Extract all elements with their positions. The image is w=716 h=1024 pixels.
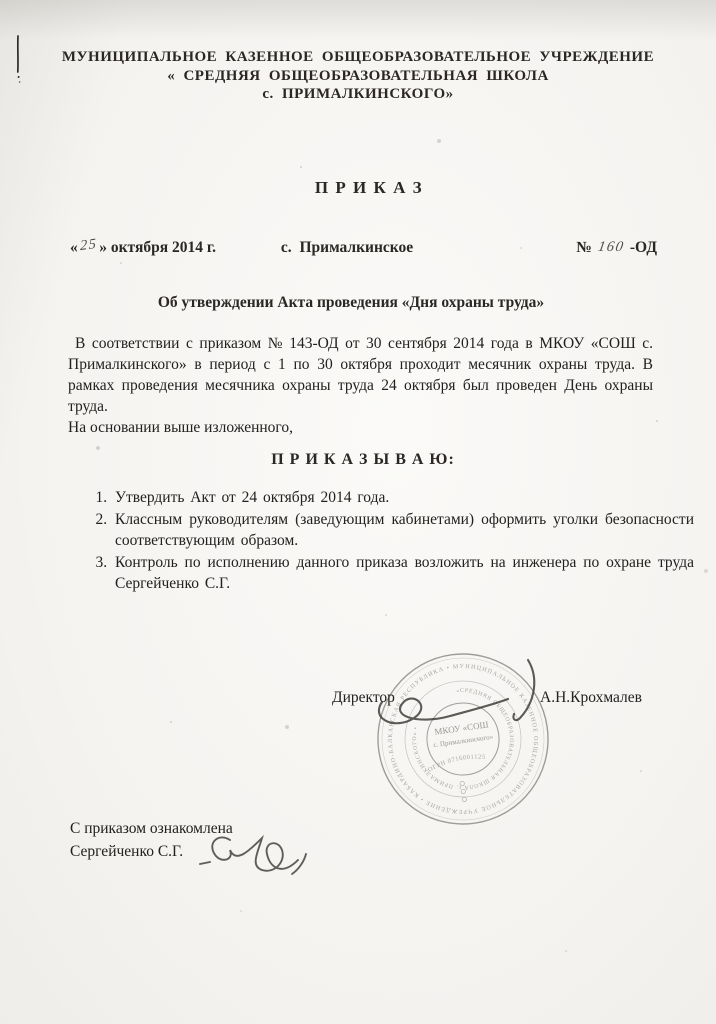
scan-speckles (0, 0, 2, 2)
order-items-list: Утвердить Акт от 24 октября 2014 года. К… (70, 487, 694, 595)
director-label: Директор (332, 689, 395, 707)
org-name-line1: МУНИЦИПАЛЬНОЕ КАЗЕННОЕ ОБЩЕОБРАЗОВАТЕЛЬН… (0, 48, 716, 67)
body-paragraph: В соответствии с приказом № 143-ОД от 30… (68, 333, 653, 417)
number-prefix: № (576, 239, 592, 256)
doc-type-heading: П Р И К А З (22, 178, 716, 198)
order-item-1: Утвердить Акт от 24 октября 2014 года. (113, 487, 694, 509)
subject-line: Об утверждении Акта проведения «Дня охра… (0, 294, 702, 312)
body-text: В соответствии с приказом № 143-ОД от 30… (68, 333, 653, 438)
org-name: МУНИЦИПАЛЬНОЕ КАЗЕННОЕ ОБЩЕОБРАЗОВАТЕЛЬН… (0, 48, 716, 104)
org-name-line3: с. ПРИМАЛКИНСКОГО» (0, 85, 716, 104)
acknowledgee-signature (196, 824, 316, 884)
handwritten-number: 160 (594, 239, 627, 256)
basis-line: На основании выше изложенного, (68, 417, 653, 438)
org-name-line2: « СРЕДНЯЯ ОБЩЕОБРАЗОВАТЕЛЬНАЯ ШКОЛА (0, 67, 716, 86)
order-item-2: Классным руководителям (заведующим кабин… (113, 509, 694, 552)
resolution-heading: П Р И К А З Ы В А Ю: (10, 451, 716, 469)
order-number: № 160 -ОД (576, 239, 657, 257)
order-item-3: Контроль по исполнению данного приказа в… (113, 552, 694, 595)
scanned-order-document: МУНИЦИПАЛЬНОЕ КАЗЕННОЕ ОБЩЕОБРАЗОВАТЕЛЬН… (0, 0, 716, 1024)
director-name: А.Н.Крохмалев (540, 689, 642, 707)
date-line: «25» октября 2014 г. с. Прималкинское № … (0, 239, 716, 261)
number-suffix: -ОД (630, 239, 657, 256)
